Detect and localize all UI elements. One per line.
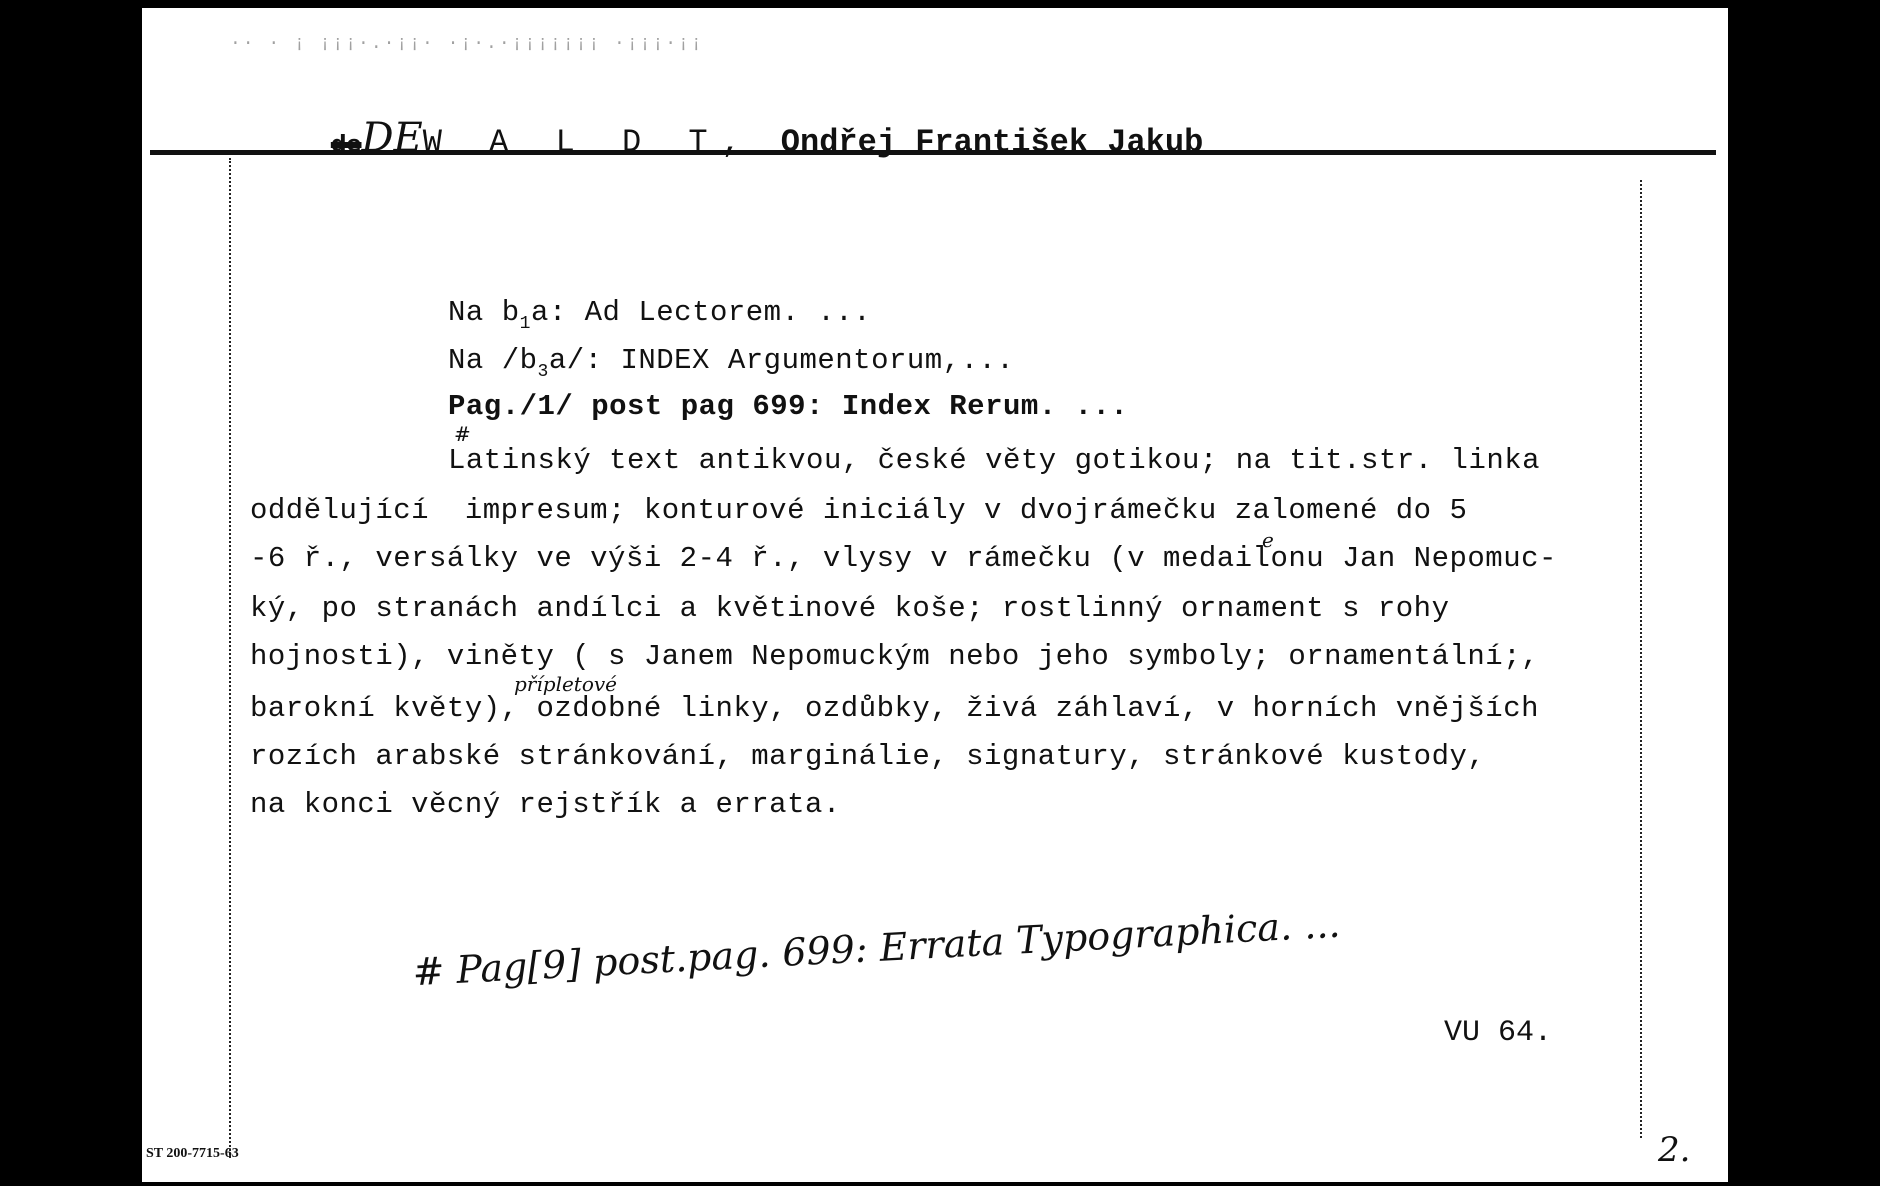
- paragraph-line-3: -6 ř., versálky ve výši 2-4 ř., vlysy v …: [250, 542, 1557, 575]
- line-index-rerum: Pag./1/ post pag 699: Index Rerum. ...: [448, 390, 1128, 423]
- paragraph-line-4: ký, po stranách andílci a květinové koše…: [250, 592, 1450, 625]
- footnote-mark: #: [454, 422, 471, 446]
- right-margin-dotted-line: [1640, 180, 1642, 1138]
- left-margin-dotted-line: [229, 158, 231, 1158]
- form-code: ST 200-7715-63: [146, 1146, 239, 1162]
- page-number: 2.: [1658, 1130, 1690, 1170]
- given-names: Ondřej František Jakub: [781, 124, 1203, 161]
- catalog-card: ·· · ¡ ¡¡¡·.·¡¡· ·¡·.·¡¡¡¡¡¡¡ ·¡¡¡·¡¡ de…: [142, 8, 1728, 1182]
- header-divider: [150, 150, 1716, 155]
- line-ad-lectorem: Na b1a: Ad Lectorem. ...: [448, 296, 871, 334]
- surname: W A L D T,: [423, 124, 755, 161]
- card-title: deDEW A L D T,Ondřej František Jakub: [254, 78, 1203, 198]
- faded-header-text: ·· · ¡ ¡¡¡·.·¡¡· ·¡·.·¡¡¡¡¡¡¡ ·¡¡¡·¡¡: [230, 34, 704, 54]
- paragraph-line-6: barokní květy), ozdobné linky, ozdůbky, …: [250, 692, 1539, 725]
- correction-insert-e: e: [1262, 528, 1274, 552]
- paragraph-line-7: rozích arabské stránkování, marginálie, …: [250, 740, 1485, 773]
- shelf-signature: VU 64.: [1444, 1016, 1552, 1050]
- paragraph-line-5: hojnosti), viněty ( s Janem Nepomuckým n…: [250, 640, 1539, 673]
- line-index-argumentorum: Na /b3a/: INDEX Argumentorum,...: [448, 344, 1014, 382]
- paragraph-line-1: Latinský text antikvou, české věty gotik…: [448, 444, 1540, 477]
- paragraph-line-8: na konci věcný rejstřík a errata.: [250, 788, 841, 821]
- handwritten-errata-note: # Pag[9] post.pag. 699: Errata Typograph…: [411, 902, 1341, 995]
- paragraph-line-2: oddělující impresum; konturové iniciály …: [250, 494, 1467, 527]
